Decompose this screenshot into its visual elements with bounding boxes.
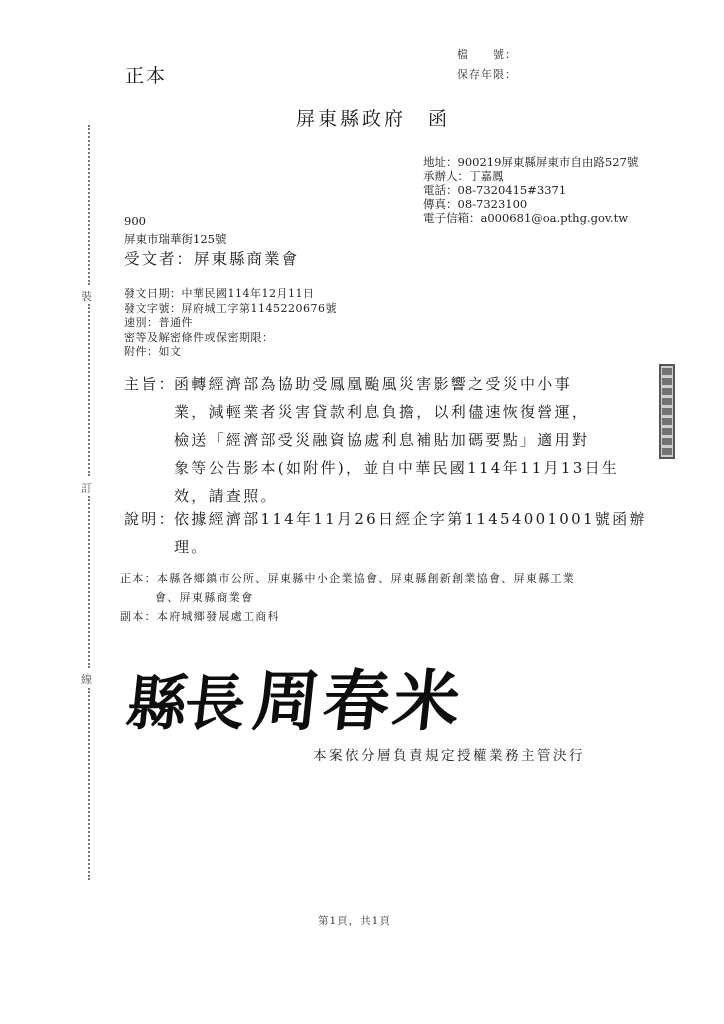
delegation-note: 本案依分層負責規定授權業務主管決行: [313, 744, 585, 764]
binding-mark-xian: 線: [81, 671, 92, 687]
doc-kind: 函: [428, 108, 450, 130]
copy-recipients-label: 副本：: [120, 610, 157, 623]
subject-line: 業，減輕業者災害貸款利息負擔，以利儘速恢復營運，: [124, 398, 619, 426]
issuer-name: 屏東縣政府: [296, 108, 406, 130]
subject-line: 檢送「經濟部受災融資協處利息補貼加碼要點」適用對: [124, 426, 619, 454]
binding-mark-ding: 訂: [81, 480, 92, 496]
subject-line: 象等公告影本(如附件)，並自中華民國114年11月13日生: [124, 454, 619, 482]
issue-speed: 速別：普通件: [124, 316, 337, 331]
explanation-line: 依據經濟部114年11月26日經企字第11454001001號函辦: [174, 510, 647, 528]
issue-doc-number: 發文字號：屏府城工字第1145220676號: [124, 302, 337, 317]
sender-phone: 電話：08-7320415#3371: [423, 183, 638, 197]
subject-line: 函轉經濟部為協助受鳳凰颱風災害影響之受災中小事: [174, 375, 572, 393]
explanation-label: 說明：: [124, 505, 174, 533]
sender-address: 地址：900219屏東縣屏東市自由路527號: [423, 155, 638, 169]
copy-type: 正本: [125, 61, 167, 88]
retention-label: 保存年限：: [457, 66, 517, 82]
original-recipients-label: 正本：: [120, 572, 157, 585]
subject-section: 主旨：函轉經濟部為協助受鳳凰颱風災害影響之受災中小事 業，減輕業者災害貸款利息負…: [124, 370, 619, 510]
binding-mark-zhuang: 裝: [81, 288, 92, 304]
page-indicator: 第1頁，共1頁: [318, 913, 391, 928]
document-title: 屏東縣政府函: [296, 104, 450, 131]
issue-attachment: 附件：如文: [124, 345, 337, 360]
binding-line: [88, 688, 90, 880]
file-number-label: 檔 號：: [457, 46, 517, 62]
subject-label: 主旨：: [124, 370, 174, 398]
recipient-name: 受文者：屏東縣商業會: [124, 247, 299, 269]
sender-fax: 傳真：08-7323100: [423, 197, 638, 211]
distribution-section: 正本：本縣各鄉鎮市公所、屏東縣中小企業協會、屏東縣創新創業協會、屏東縣工業 會、…: [120, 569, 575, 626]
copy-recipients: 本府城鄉發展處工商科: [157, 610, 280, 623]
signature: 縣長周春米: [123, 648, 469, 743]
binding-line: [88, 496, 90, 668]
signature-title: 縣長: [123, 669, 246, 739]
original-recipients-line: 會、屏東縣商業會: [120, 588, 575, 607]
explanation-line: 理。: [124, 533, 647, 561]
sender-email: 電子信箱：a000681@oa.pthg.gov.tw: [423, 211, 638, 225]
signature-name: 周春米: [249, 662, 467, 740]
explanation-section: 說明：依據經濟部114年11月26日經企字第11454001001號函辦 理。: [124, 505, 647, 561]
issue-date: 發文日期：中華民國114年12月11日: [124, 287, 337, 302]
sender-handler: 承辦人：丁嘉鳳: [423, 169, 638, 183]
issue-info: 發文日期：中華民國114年12月11日 發文字號：屏府城工字第114522067…: [124, 287, 337, 360]
sender-contact: 地址：900219屏東縣屏東市自由路527號 承辦人：丁嘉鳳 電話：08-732…: [423, 155, 638, 225]
binding-line: [88, 304, 90, 476]
original-recipients-line: 本縣各鄉鎮市公所、屏東縣中小企業協會、屏東縣創新創業協會、屏東縣工業: [157, 572, 575, 585]
receipt-stamp: [659, 364, 675, 459]
recipient-address: 屏東市瑞華街125號: [124, 231, 226, 247]
issue-classification: 密等及解密條件或保密期限：: [124, 331, 337, 346]
recipient-zip: 900: [124, 214, 146, 228]
binding-line: [88, 125, 90, 285]
